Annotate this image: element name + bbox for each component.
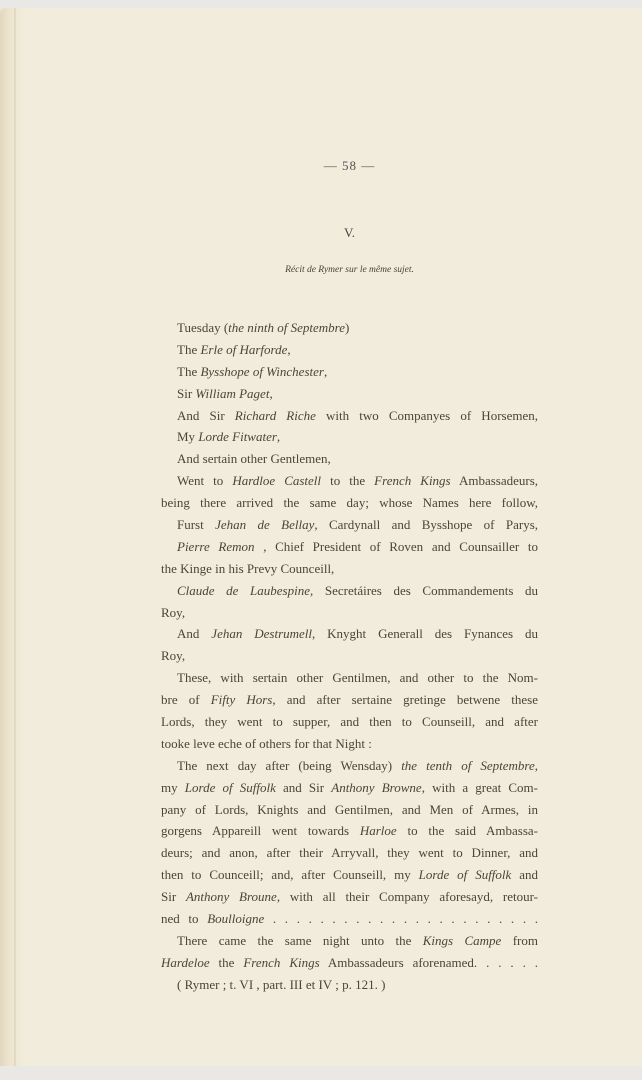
roman-text: The next day after (being Wensday) [177,758,401,773]
section-numeral: V. [161,225,538,241]
roman-text: ) [345,320,349,335]
roman-text: My [177,429,198,444]
text-line: My Lorde Fitwater, [161,426,538,448]
roman-text: And sertain other Gentlemen, [177,451,331,466]
roman-text: , [324,364,327,379]
text-line: pany of Lords, Knights and Gentilmen, an… [161,799,538,821]
italic-text: Fifty Hors [211,692,273,707]
roman-text: , Knyght Generall des Fynances du [312,626,538,641]
italic-text: Jehan Destrumell [211,626,312,641]
roman-text: my [161,780,185,795]
roman-text: to the said Ambassa- [397,823,538,838]
text-line: Lords, they went to supper, and then to … [161,711,538,733]
text-line: Claude de Laubespine, Secretáires des Co… [161,580,538,602]
roman-text: being there arrived the same day; whose … [161,495,538,510]
text-line: These, with sertain other Gentilmen, and… [161,667,538,689]
text-line: deurs; and anon, after their Arryvall, t… [161,842,538,864]
italic-text: French Kings [243,955,319,970]
text-line: Went to Hardloe Castell to the French Ki… [161,470,538,492]
roman-text: Furst [177,517,215,532]
italic-text: Hardloe Castell [232,473,321,488]
roman-text: Lords, they went to supper, and then to … [161,714,538,729]
text-line: gorgens Appareill went towards Harloe to… [161,820,538,842]
body-text: Tuesday (the ninth of Septembre)The Erle… [161,317,538,996]
text-line: Roy, [161,602,538,624]
italic-text: Kings Campe [423,933,502,948]
text-line: ( Rymer ; t. VI , part. III et IV ; p. 1… [161,974,538,996]
italic-text: Claude de Laubespine [177,583,310,598]
roman-text: , Cardynall and Bysshope of Parys, [314,517,538,532]
roman-text: Roy, [161,648,185,663]
italic-text: Lorde Fitwater [198,429,277,444]
roman-text: and Sir [276,780,331,795]
italic-text: Harloe [360,823,397,838]
roman-text: and [511,867,538,882]
text-line: tooke leve eche of others for that Night… [161,733,538,755]
text-line: Sir Anthony Broune, with all their Compa… [161,886,538,908]
roman-text: with two Companyes of Horsemen, [316,408,538,423]
roman-text: , with a great Com- [422,780,538,795]
text-line: There came the same night unto the Kings… [161,930,538,952]
section-title: Récit de Rymer sur le même sujet. [161,265,538,275]
italic-text: Hardeloe [161,955,210,970]
italic-text: the ninth of Septembre [228,320,345,335]
italic-text: Boulloigne [207,911,264,926]
text-line: Tuesday (the ninth of Septembre) [161,317,538,339]
roman-text: then to Counceill; and, after Counseill,… [161,867,419,882]
text-line: Sir William Paget, [161,383,538,405]
roman-text: ned to [161,911,207,926]
text-line: And sertain other Gentlemen, [161,448,538,470]
italic-text: Pierre Remon [177,539,255,554]
roman-text: And Sir [177,408,235,423]
text-line: Pierre Remon , Chief President of Roven … [161,536,538,558]
roman-text: Ambassadeurs aforenamed. . . . . . [320,955,538,970]
text-line: then to Counceill; and, after Counseill,… [161,864,538,886]
text-line: Roy, [161,645,538,667]
roman-text: , Secretáires des Commandements du [310,583,538,598]
roman-text: , [277,429,280,444]
roman-text: tooke leve eche of others for that Night… [161,736,372,751]
roman-text: the Kinge in his Prevy Counceill, [161,561,334,576]
italic-text: Richard Riche [235,408,316,423]
italic-text: Bysshope of Winchester [200,364,323,379]
roman-text: Sir [161,889,186,904]
roman-text: to the [321,473,374,488]
italic-text: Jehan de Bellay [215,517,314,532]
roman-text: The [177,342,200,357]
text-line: Hardeloe the French Kings Ambassadeurs a… [161,952,538,974]
roman-text: , [269,386,272,401]
roman-text: deurs; and anon, after their Arryvall, t… [161,845,538,860]
text-line: The next day after (being Wensday) the t… [161,755,538,777]
roman-text: , [535,758,538,773]
italic-text: Lorde of Suffolk [419,867,512,882]
roman-text: . . . . . . . . . . . . . . . . . . . . … [264,911,538,926]
italic-text: the tenth of Septembre [401,758,535,773]
text-line: The Erle of Harforde, [161,339,538,361]
italic-text: French Kings [374,473,450,488]
roman-text: from [501,933,538,948]
roman-text: Went to [177,473,232,488]
italic-text: Anthony Broune [186,889,277,904]
text-line: And Jehan Destrumell, Knyght Generall de… [161,623,538,645]
italic-text: Erle of Harforde [200,342,287,357]
italic-text: William Paget [195,386,269,401]
text-line: bre of Fifty Hors, and after sertaine gr… [161,689,538,711]
roman-text: Sir [177,386,195,401]
page-number: — 58 — [161,158,538,174]
text-line: Furst Jehan de Bellay, Cardynall and Bys… [161,514,538,536]
roman-text: , with all their Company aforesayd, reto… [277,889,538,904]
italic-text: Lorde of Suffolk [185,780,276,795]
page-gutter-shadow [14,8,16,1066]
roman-text: ( Rymer ; t. VI , part. III et IV ; p. 1… [177,977,385,992]
roman-text: , Chief President of Roven and Counsaill… [255,539,538,554]
text-line: And Sir Richard Riche with two Companyes… [161,405,538,427]
roman-text: Roy, [161,605,185,620]
text-line: The Bysshope of Winchester, [161,361,538,383]
roman-text: Ambassadeurs, [451,473,538,488]
roman-text: And [177,626,211,641]
roman-text: There came the same night unto the [177,933,423,948]
text-line: ned to Boulloigne . . . . . . . . . . . … [161,908,538,930]
roman-text: , [287,342,290,357]
roman-text: The [177,364,200,379]
italic-text: Anthony Browne [331,780,421,795]
roman-text: gorgens Appareill went towards [161,823,360,838]
roman-text: Tuesday ( [177,320,228,335]
roman-text: the [210,955,244,970]
roman-text: , and after sertaine gretinge betwene th… [272,692,538,707]
roman-text: bre of [161,692,211,707]
text-line: my Lorde of Suffolk and Sir Anthony Brow… [161,777,538,799]
roman-text: pany of Lords, Knights and Gentilmen, an… [161,802,538,817]
text-line: the Kinge in his Prevy Counceill, [161,558,538,580]
roman-text: These, with sertain other Gentilmen, and… [177,670,538,685]
text-line: being there arrived the same day; whose … [161,492,538,514]
